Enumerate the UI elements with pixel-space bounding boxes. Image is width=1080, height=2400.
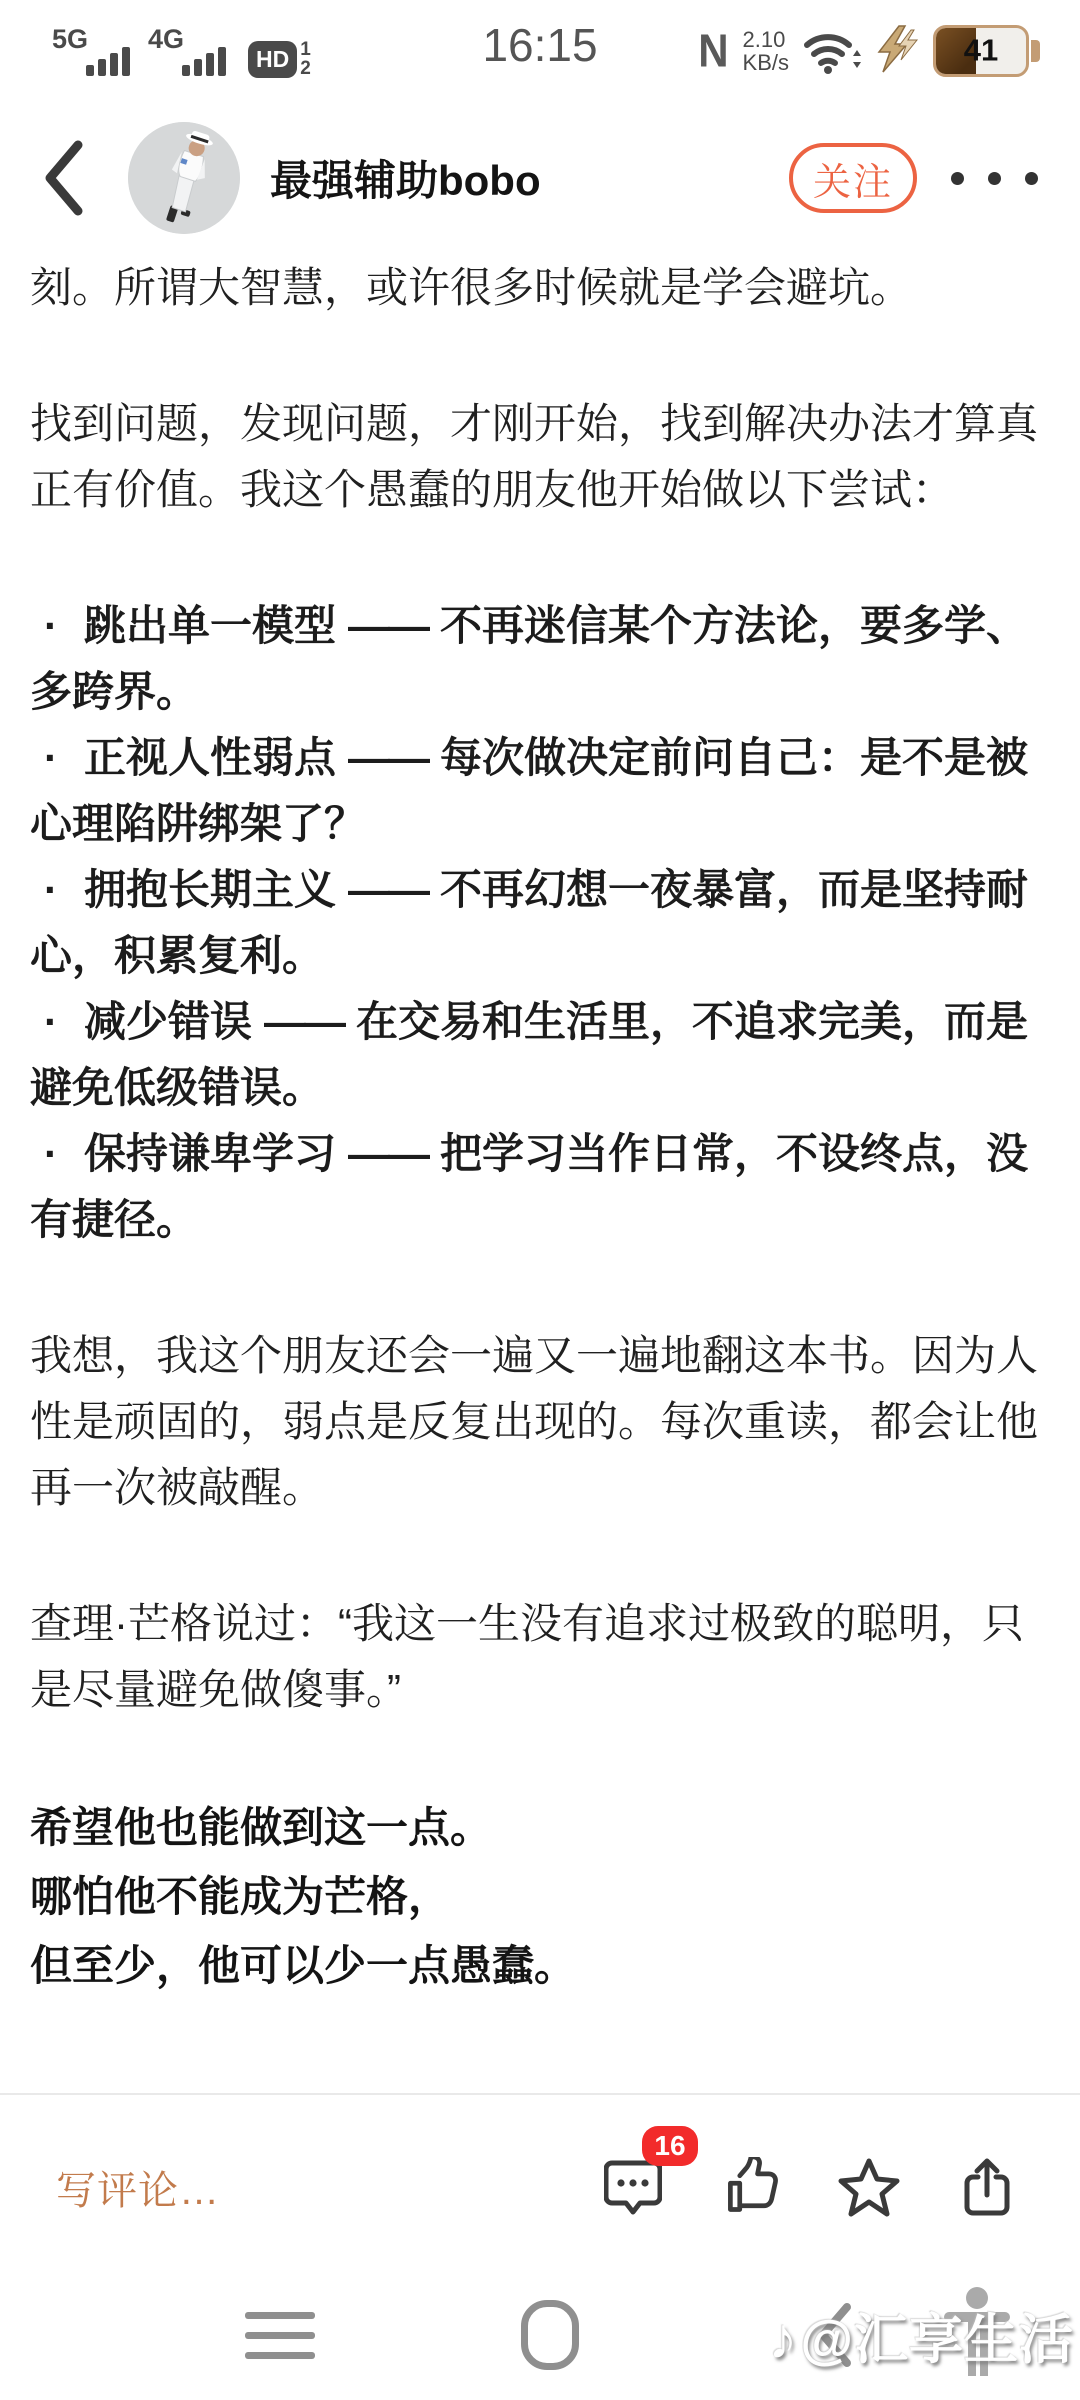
home-icon bbox=[521, 2300, 579, 2370]
bullet-dash: —— bbox=[348, 602, 428, 649]
back-icon bbox=[42, 139, 86, 217]
screen: 5G 4G HD 1 2 16:15 N 2.10 KB/s bbox=[0, 0, 1080, 2400]
back-button[interactable] bbox=[42, 138, 90, 218]
status-bar: 5G 4G HD 1 2 16:15 N 2.10 KB/s bbox=[0, 0, 1080, 92]
bullet-lead: 正视人性弱点 bbox=[84, 734, 336, 781]
like-button[interactable] bbox=[720, 2156, 782, 2218]
paragraph: 查理·芒格说过：“我这一生没有追求过极致的聪明，只是尽量避免做傻事。” bbox=[30, 1591, 1054, 1723]
closing-line: 希望他也能做到这一点。 bbox=[30, 1793, 1054, 1862]
more-icon bbox=[951, 172, 964, 185]
battery-icon: 41 bbox=[933, 25, 1040, 77]
bullet-item: ·保持谦卑学习——把学习当作日常，不设终点，没有捷径。 bbox=[30, 1121, 1054, 1253]
bullet-marker: · bbox=[44, 989, 58, 1055]
bullet-marker: · bbox=[44, 1121, 58, 1187]
clock: 16:15 bbox=[0, 18, 1080, 72]
bullet-marker: · bbox=[44, 725, 58, 791]
more-button[interactable] bbox=[951, 162, 1038, 195]
avatar[interactable] bbox=[128, 122, 240, 234]
bullet-marker: · bbox=[44, 857, 58, 923]
bullet-lead: 拥抱长期主义 bbox=[84, 866, 336, 913]
action-bar: 写评论… 16 bbox=[0, 2093, 1080, 2279]
bullet-dash: —— bbox=[264, 998, 344, 1045]
bullet-list: ·跳出单一模型——不再迷信某个方法论，要多学、多跨界。 ·正视人性弱点——每次做… bbox=[30, 593, 1054, 1253]
comment-input[interactable]: 写评论… bbox=[56, 2159, 220, 2216]
paragraph: 找到问题，发现问题，才刚开始，找到解决办法才算真正有价值。我这个愚蠢的朋友他开始… bbox=[30, 391, 1054, 523]
bullet-dash: —— bbox=[348, 734, 428, 781]
closing-line: 哪怕他不能成为芒格， bbox=[30, 1862, 1054, 1931]
recents-button[interactable] bbox=[210, 2270, 350, 2400]
paragraph: 我想，我这个朋友还会一遍又一遍地翻这本书。因为人性是顽固的，弱点是反复出现的。每… bbox=[30, 1323, 1054, 1521]
bullet-dash: —— bbox=[348, 1130, 428, 1177]
bullet-lead: 保持谦卑学习 bbox=[84, 1130, 336, 1177]
bullet-item: ·减少错误——在交易和生活里，不追求完美，而是避免低级错误。 bbox=[30, 989, 1054, 1121]
bullet-item: ·正视人性弱点——每次做决定前问自己：是不是被心理陷阱绑架了？ bbox=[30, 725, 1054, 857]
battery-percent: 41 bbox=[936, 32, 1026, 68]
closing-line: 但至少，他可以少一点愚蠢。 bbox=[30, 1931, 1054, 2000]
system-back-icon bbox=[815, 2301, 855, 2369]
home-button[interactable] bbox=[470, 2270, 630, 2400]
favorite-button[interactable] bbox=[838, 2156, 900, 2218]
nav-bar: 最强辅助bobo 关注 bbox=[0, 92, 1080, 264]
article-body: 刻。所谓大智慧，或许很多时候就是学会避坑。 找到问题，发现问题，才刚开始，找到解… bbox=[30, 255, 1054, 2000]
recents-icon bbox=[245, 2312, 315, 2359]
thumbs-up-icon bbox=[721, 2157, 781, 2217]
bullet-lead: 减少错误 bbox=[84, 998, 252, 1045]
system-nav-bar: ♪@汇享生活 bbox=[0, 2270, 1080, 2400]
system-back-button[interactable] bbox=[780, 2270, 890, 2400]
share-icon bbox=[958, 2157, 1016, 2217]
bullet-dash: —— bbox=[348, 866, 428, 913]
paragraph: 刻。所谓大智慧，或许很多时候就是学会避坑。 bbox=[30, 255, 1054, 321]
nfc-icon: N bbox=[698, 25, 728, 78]
follow-button[interactable]: 关注 bbox=[789, 143, 917, 213]
bullet-lead: 跳出单一模型 bbox=[84, 602, 336, 649]
bullet-item: ·跳出单一模型——不再迷信某个方法论，要多学、多跨界。 bbox=[30, 593, 1054, 725]
closing-block: 希望他也能做到这一点。 哪怕他不能成为芒格， 但至少，他可以少一点愚蠢。 bbox=[30, 1793, 1054, 2000]
bullet-marker: · bbox=[44, 593, 58, 659]
follow-label: 关注 bbox=[813, 151, 893, 206]
username[interactable]: 最强辅助bobo bbox=[270, 148, 541, 208]
share-button[interactable] bbox=[956, 2156, 1018, 2218]
wifi-icon bbox=[803, 28, 861, 74]
comment-button[interactable]: 16 bbox=[602, 2156, 664, 2218]
bullet-item: ·拥抱长期主义——不再幻想一夜暴富，而是坚持耐心，积累复利。 bbox=[30, 857, 1054, 989]
comment-badge: 16 bbox=[642, 2126, 698, 2166]
star-icon bbox=[838, 2157, 900, 2217]
comment-icon bbox=[604, 2159, 662, 2215]
watermark-figure-icon bbox=[944, 2286, 1010, 2382]
